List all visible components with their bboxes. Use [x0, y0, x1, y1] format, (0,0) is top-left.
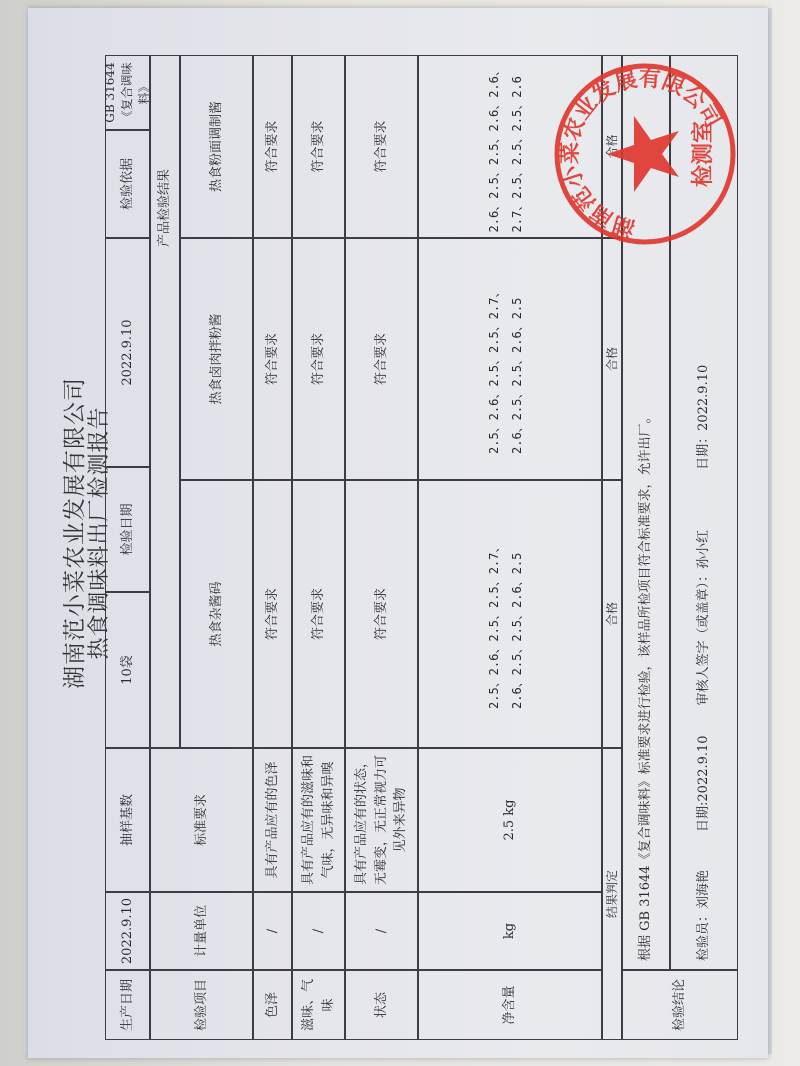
inspector-date: 日期:2022.9.10 — [694, 735, 714, 832]
row-item: 状态 — [345, 970, 418, 1040]
header-results-group: 产品检验结果 — [150, 55, 180, 748]
basis-value: GB 31644《复合调味料》 — [105, 55, 150, 130]
row-standard: 2.5 kg — [418, 748, 602, 892]
row-standard: 具有产品应有的滋味和气味，无异味和异嗅 — [292, 748, 345, 892]
inspector: 检验员：刘海艳 — [694, 870, 714, 961]
row-result: 符合要求 — [345, 238, 418, 480]
inspection-date-label: 检验日期 — [105, 467, 150, 592]
row-item: 净含量 — [418, 970, 602, 1040]
header-item: 检验项目 — [150, 970, 253, 1040]
header-unit: 计量单位 — [150, 892, 253, 970]
row-item: 滋味、气味 — [292, 970, 345, 1040]
row-result: 符合要求 — [253, 238, 292, 480]
row-standard: 具有产品应有的色泽 — [253, 748, 292, 892]
basis-label: 检验依据 — [105, 130, 150, 238]
inspection-date-value: 2022.9.10 — [105, 238, 150, 467]
row-result: 符合要求 — [345, 480, 418, 748]
header-product-3: 热食粉面调制酱 — [180, 55, 253, 238]
row-standard: 具有产品应有的状态，无霉变，无正常视力可见外来异物 — [345, 748, 418, 892]
production-date-label: 生产日期 — [105, 970, 150, 1040]
header-standard: 标准要求 — [150, 748, 253, 892]
signature-line: 检验员：刘海艳 日期:2022.9.10 审核人签字（或盖章）：孙小红 日期：2… — [670, 55, 738, 970]
row-result: 2.6、2.5、2.5、2.6、2.6、2.7、2.5、2.5、2.5、2.6 — [418, 55, 602, 238]
reviewer: 审核人签字（或盖章）：孙小红 — [694, 530, 714, 706]
conclusion-text: 根据 GB 31644《复合调味料》标准要求进行检验，该样品所检项目符合标准要求… — [622, 55, 670, 970]
row-result: 符合要求 — [253, 55, 292, 238]
row-result: 2.5、2.6、2.5、2.5、2.7、2.6、2.5、2.5、2.6、2.5 — [418, 238, 602, 480]
row-unit: / — [292, 892, 345, 970]
reviewer-date: 日期：2022.9.10 — [694, 365, 714, 470]
judgement-result: 合格 — [602, 480, 622, 748]
sample-base-value: 10袋 — [105, 592, 150, 748]
row-result: 符合要求 — [292, 480, 345, 748]
judgement-label: 结果判定 — [602, 748, 622, 1040]
row-result: 符合要求 — [345, 55, 418, 238]
row-result: 符合要求 — [253, 480, 292, 748]
header-product-2: 热食卤肉拌粉酱 — [180, 238, 253, 480]
row-result: 符合要求 — [292, 238, 345, 480]
sample-base-label: 抽样基数 — [105, 748, 150, 892]
judgement-result: 合格 — [602, 238, 622, 480]
report-page: 湖南范小菜农业发展有限公司 热食调味料出厂检测报告 生产日期 2022.9.10… — [0, 0, 800, 1066]
row-result: 2.5、2.6、2.5、2.5、2.7、2.6、2.5、2.5、2.6、2.5 — [418, 480, 602, 748]
row-unit: / — [345, 892, 418, 970]
row-item: 色泽 — [253, 970, 292, 1040]
row-result: 符合要求 — [292, 55, 345, 238]
row-unit: / — [253, 892, 292, 970]
conclusion-label: 检验结论 — [622, 970, 738, 1040]
production-date-value: 2022.9.10 — [105, 892, 150, 970]
row-unit: kg — [418, 892, 602, 970]
header-product-1: 热食杂酱码 — [180, 480, 253, 748]
judgement-result: 合格 — [602, 55, 622, 238]
